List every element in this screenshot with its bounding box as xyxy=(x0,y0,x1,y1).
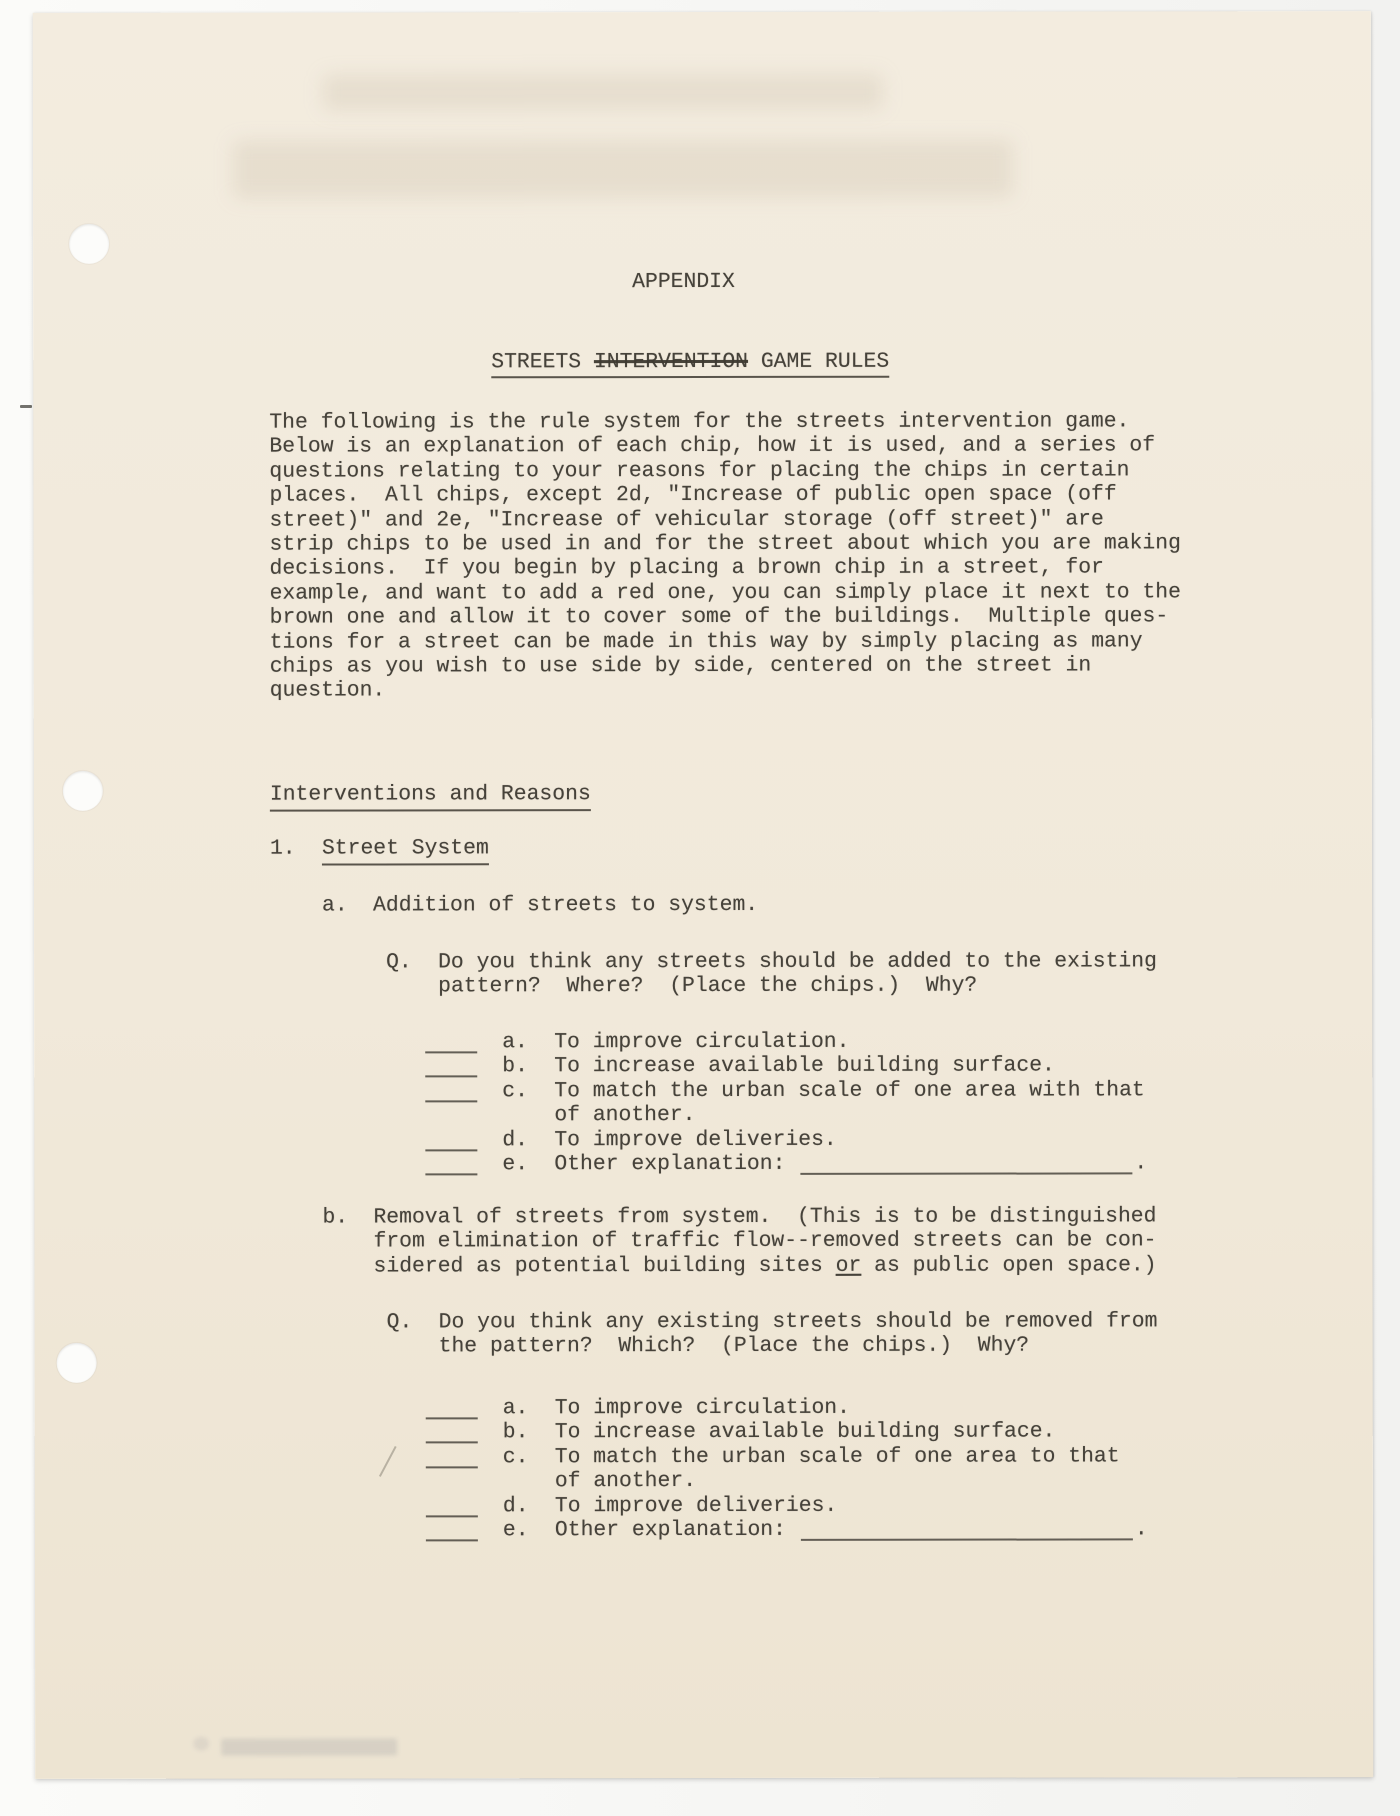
item-text: To improve deliveries. xyxy=(554,1127,836,1152)
item-text: To improve deliveries. xyxy=(555,1493,837,1518)
trailing-period: . xyxy=(1134,1151,1147,1176)
intro-line: strip chips to be used in and for the st… xyxy=(269,531,1180,557)
fill-in-blank xyxy=(426,1425,478,1444)
fill-in-blank xyxy=(426,1449,478,1468)
fill-in-blank xyxy=(425,1083,477,1102)
question-line: the pattern? Which? (Place the chips.) W… xyxy=(439,1334,1030,1360)
title-pre: STREETS xyxy=(491,350,594,374)
margin-pen-dash xyxy=(20,405,32,408)
item-text: Other explanation: xyxy=(555,1518,786,1543)
paper-sheet: APPENDIX STREETS INTERVENTION GAME RULES… xyxy=(33,11,1373,1779)
item-letter: b. xyxy=(503,1421,529,1446)
fill-in-blank xyxy=(425,1059,477,1078)
list-item: e. Other explanation: . xyxy=(35,1517,1373,1546)
item-letter: a. xyxy=(502,1030,528,1055)
list-item: e. Other explanation: . xyxy=(34,1151,1372,1180)
intro-line: tions for a street can be made in this w… xyxy=(270,629,1143,655)
intro-line: decisions. If you begin by placing a bro… xyxy=(270,556,1104,582)
intro-line: questions relating to your reasons for p… xyxy=(269,458,1129,484)
explanation-blank-line xyxy=(801,1521,1133,1540)
sub-item-line: sidered as potential building sites or a… xyxy=(374,1253,1157,1279)
intro-line: chips as you wish to use side by side, c… xyxy=(270,653,1092,679)
sub-item-letter: b. xyxy=(322,1205,348,1230)
item-letter: e. xyxy=(502,1152,528,1177)
reasons-list-2: a. To improve circulation. b. To increas… xyxy=(33,11,1371,13)
punch-hole-top xyxy=(69,224,109,264)
fill-in-blank xyxy=(425,1034,477,1053)
interventions-heading: Interventions and Reasons xyxy=(270,782,591,811)
question-2: Q. Do you think any existing streets sho… xyxy=(33,11,1371,13)
intro-paragraph: The following is the rule system for the… xyxy=(33,11,1371,13)
sub-item-line: from elimination of traffic flow--remove… xyxy=(373,1229,1156,1255)
explanation-blank-line xyxy=(800,1155,1132,1174)
item-title: Street System xyxy=(322,836,489,865)
line-post: as public open space.) xyxy=(861,1253,1156,1277)
item-text: To improve circulation. xyxy=(554,1030,849,1055)
item-letter: d. xyxy=(502,1128,528,1153)
item-text: Other explanation: xyxy=(554,1152,785,1177)
bleed-through-ghost xyxy=(233,140,1013,199)
item-text: of another. xyxy=(554,1103,695,1128)
underlined-or: or xyxy=(836,1254,862,1278)
item-text: To match the urban scale of one area to … xyxy=(555,1444,1120,1470)
title-struck-word: INTERVENTION xyxy=(594,350,748,374)
item-text: To increase available building surface. xyxy=(555,1420,1056,1446)
question-label: Q. xyxy=(387,1310,413,1335)
reasons-list-1: a. To improve circulation. b. To increas… xyxy=(33,11,1371,13)
question-label: Q. xyxy=(386,950,412,975)
sub-item-text: Addition of streets to system. xyxy=(373,893,758,919)
faint-stamp xyxy=(221,1738,397,1755)
intro-line: places. All chips, except 2d, "Increase … xyxy=(269,483,1116,509)
fill-in-blank xyxy=(425,1156,477,1175)
sub-item-letter: a. xyxy=(322,893,348,918)
question-line: pattern? Where? (Place the chips.) Why? xyxy=(438,974,977,1000)
fill-in-blank xyxy=(426,1498,478,1517)
fill-in-blank xyxy=(426,1522,478,1541)
fill-in-blank xyxy=(426,1400,478,1419)
intro-line: The following is the rule system for the… xyxy=(269,409,1129,435)
title-post: GAME RULES xyxy=(748,350,889,374)
item-letter: e. xyxy=(503,1518,529,1543)
item-text: of another. xyxy=(555,1469,696,1494)
item-number: 1. xyxy=(270,837,296,862)
fill-in-blank xyxy=(425,1132,477,1151)
intro-line: question. xyxy=(270,679,386,704)
scanned-document-page: { "colors": { "paper": "#f1e9da", "ink":… xyxy=(0,0,1400,1816)
item-letter: c. xyxy=(502,1079,528,1104)
sub-item-line: Removal of streets from system. (This is… xyxy=(373,1204,1156,1230)
line-pre: sidered as potential building sites xyxy=(374,1254,836,1279)
question-line: Do you think any streets should be added… xyxy=(438,949,1157,975)
numbered-item-1: 1. Street System xyxy=(34,835,1372,864)
item-text: To increase available building surface. xyxy=(554,1054,1055,1080)
sub-item-a: a. Addition of streets to system. xyxy=(34,892,1372,921)
document-title: STREETS INTERVENTION GAME RULES xyxy=(491,350,889,376)
intro-line: brown one and allow it to cover some of … xyxy=(270,605,1169,631)
item-letter: c. xyxy=(503,1445,529,1470)
trailing-period: . xyxy=(1135,1517,1148,1542)
appendix-heading: APPENDIX xyxy=(632,270,735,295)
question-1: Q. Do you think any streets should be ad… xyxy=(33,11,1371,13)
question-line: Do you think any existing streets should… xyxy=(439,1309,1158,1335)
intro-line: Below is an explanation of each chip, ho… xyxy=(269,434,1155,460)
item-letter: a. xyxy=(503,1396,529,1421)
intro-line: street)" and 2e, "Increase of vehicular … xyxy=(269,507,1103,533)
sub-item-b: b. Removal of streets from system. (This… xyxy=(33,11,1371,13)
item-text: To match the urban scale of one area wit… xyxy=(554,1078,1145,1104)
bleed-through-ghost xyxy=(323,74,883,111)
item-letter: d. xyxy=(503,1494,529,1519)
item-text: To improve circulation. xyxy=(555,1396,850,1421)
item-letter: b. xyxy=(502,1055,528,1080)
intro-line: example, and want to add a red one, you … xyxy=(270,580,1181,606)
faint-stamp-mark xyxy=(193,1737,209,1751)
